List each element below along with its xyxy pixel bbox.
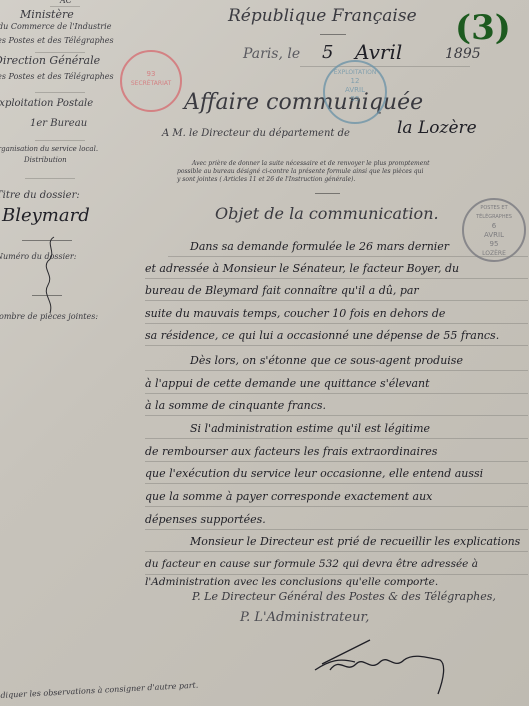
object-heading: Objet de la communication. xyxy=(215,204,439,223)
recipient-prefix: A M. le Directeur du département de xyxy=(162,128,350,139)
title-label: Titre du dossier: xyxy=(0,190,80,201)
ministry-line2: du Commerce de l'Industrie xyxy=(0,22,111,31)
closing-line-1: P. Le Directeur Général des Postes & des… xyxy=(192,590,496,603)
title-value: Bleymard xyxy=(2,205,90,226)
footer-note: Indiquer les observations à consigner d'… xyxy=(0,681,199,701)
service-title: Exploitation Postale xyxy=(0,98,93,109)
number-label: Numéro du dossier: xyxy=(0,252,76,261)
date-year: 1895 xyxy=(445,46,481,62)
affaire-heading: Affaire communiquée xyxy=(184,90,423,115)
body-line: suite du mauvais temps, coucher 10 fois … xyxy=(145,307,445,320)
closing-line-2: P. L'Administrateur, xyxy=(240,610,369,625)
blue-stamp-year: 95 xyxy=(325,95,385,104)
gray-stamp-day: 6 xyxy=(464,222,524,231)
red-stamp-number: 93 xyxy=(122,70,180,79)
gray-stamp-bottom: LOZÈRE xyxy=(464,249,524,258)
blue-exploitation-stamp: EXPLOITATION 12 AVRIL 95 xyxy=(323,60,387,124)
bureau-title: 1er Bureau xyxy=(30,118,87,129)
body-line: sa résidence, ce qui lui a occasionné un… xyxy=(145,329,499,342)
gray-stamp-top: POSTES ET TÉLÉGRAPHES xyxy=(464,204,524,222)
direction-line2: des Postes et des Télégraphes xyxy=(0,72,114,81)
letterhead-fragment: AC xyxy=(60,0,72,5)
body-line: Dans sa demande formulée le 26 mars dern… xyxy=(190,240,449,253)
gray-stamp-month: AVRIL xyxy=(464,231,524,240)
body-line: à l'appui de cette demande une quittance… xyxy=(145,377,430,390)
place-label: Paris, le xyxy=(243,46,300,62)
attachments-label: Nombre de pièces jointes: xyxy=(0,312,98,321)
body-line: et adressée à Monsieur le Sénateur, le f… xyxy=(145,262,459,275)
gray-stamp-year: 95 xyxy=(464,240,524,249)
gray-postes-stamp: POSTES ET TÉLÉGRAPHES 6 AVRIL 95 LOZÈRE xyxy=(462,198,526,262)
instructions-line-1: Avec prière de donner la suite nécessair… xyxy=(192,160,430,167)
signature xyxy=(310,630,460,700)
blue-stamp-day: 12 xyxy=(325,77,385,86)
organisation-label: Organisation du service local. xyxy=(0,145,98,153)
body-line: Dès lors, on s'étonne que ce sous-agent … xyxy=(190,354,463,367)
blue-stamp-month: AVRIL xyxy=(325,86,385,95)
republic-heading: République Française xyxy=(228,6,417,26)
body-line: à la somme de cinquante francs. xyxy=(145,399,326,412)
number-squiggle xyxy=(40,235,60,315)
instructions-line-2: possible au bureau désigné ci-contre la … xyxy=(177,168,423,175)
body-line: Monsieur le Directeur est prié de recuei… xyxy=(190,535,520,548)
body-line: que l'exécution du service leur occasion… xyxy=(145,467,483,480)
recipient-department: la Lozère xyxy=(397,118,477,138)
date-day: 5 xyxy=(322,42,333,63)
instructions-line-3: y sont jointes ( Articles 11 et 26 de l'… xyxy=(177,176,355,183)
distribution-label: Distribution xyxy=(24,156,67,164)
ministry-line3: des Postes et des Télégraphes xyxy=(0,36,114,45)
body-line: de rembourser aux facteurs les frais ext… xyxy=(145,445,437,458)
body-line: que la somme à payer corresponde exactem… xyxy=(145,490,432,503)
body-line: du facteur en cause sur formule 532 qui … xyxy=(145,558,478,570)
direction-title: Direction Générale xyxy=(0,54,100,67)
body-line: Si l'administration estime qu'il est lég… xyxy=(190,422,430,435)
ministry-title: Ministère xyxy=(20,8,74,21)
red-stamp-text: SECRÉTARIAT xyxy=(122,79,180,88)
body-line: l'Administration avec les conclusions qu… xyxy=(145,576,438,588)
red-secretariat-stamp: 93 SECRÉTARIAT xyxy=(120,50,182,112)
body-line: dépenses supportées. xyxy=(145,513,266,526)
body-line: bureau de Bleymard fait connaître qu'il … xyxy=(145,284,419,297)
page-number: (3) xyxy=(455,8,511,48)
blue-stamp-top: EXPLOITATION xyxy=(325,68,385,77)
